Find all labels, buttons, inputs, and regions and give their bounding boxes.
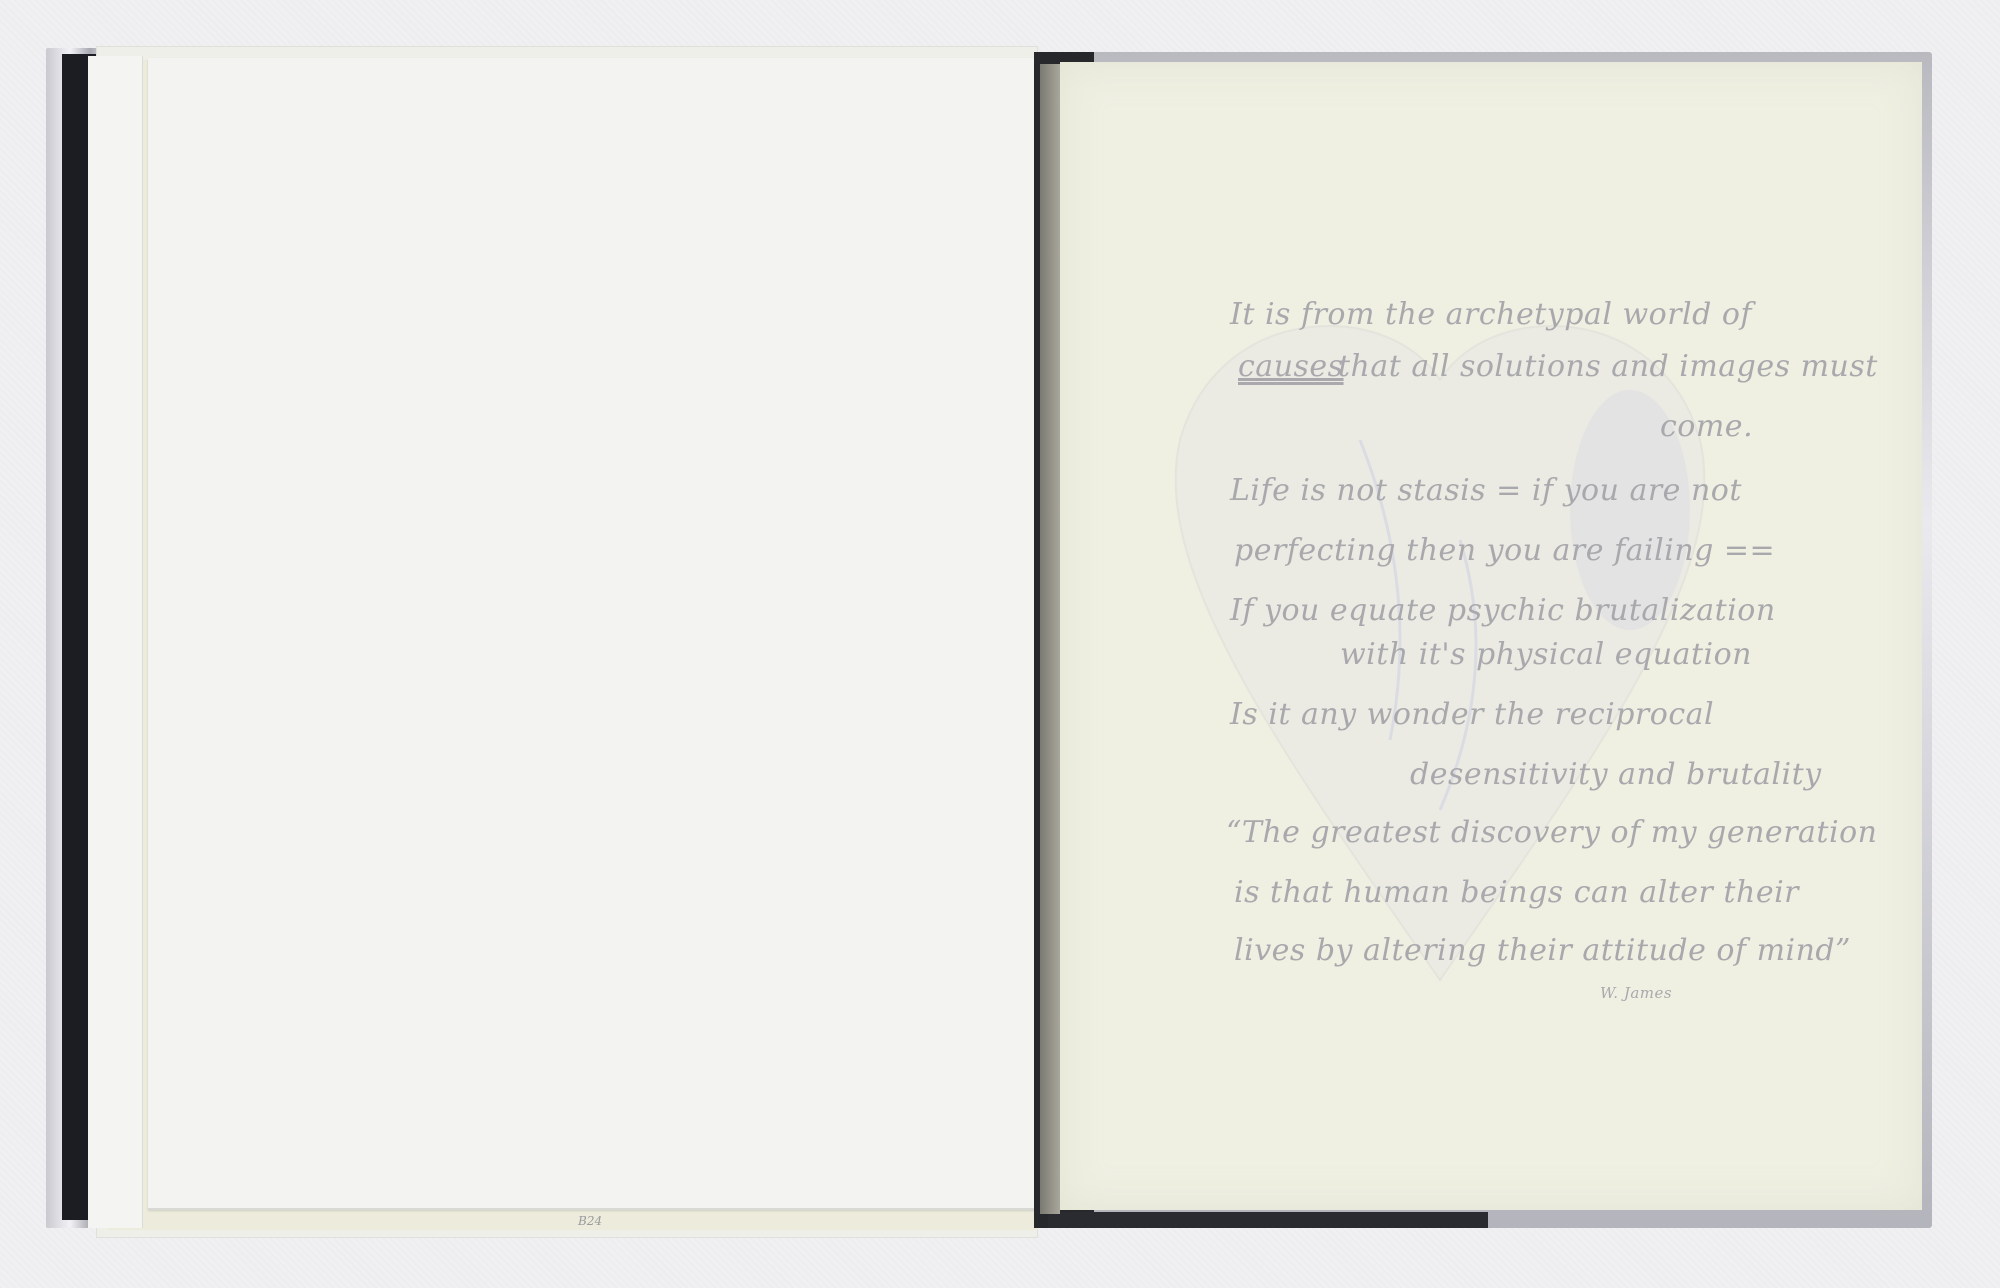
text-line-6: If you equate psychic brutalization [1230, 596, 1776, 626]
right-cover-cloth [1048, 1212, 1488, 1228]
text-line-12: lives by altering their attitude of mind… [1234, 936, 1851, 966]
left-flyleaf [88, 56, 143, 1228]
text-line-3: come. [1660, 412, 1753, 442]
text-line-4: Life is not stasis = if you are not [1230, 476, 1742, 506]
text-line-11: is that human beings can alter their [1234, 878, 1799, 908]
text-line-1: It is from the archetypal world of [1230, 300, 1752, 330]
text-line-10: “The greatest discovery of my generation [1226, 818, 1877, 848]
text-line-7: with it's physical equation [1340, 640, 1752, 670]
text-line-2: that all solutions and images must [1338, 352, 1878, 382]
pencil-mark: B24 [578, 1214, 602, 1228]
signature: W. James [1600, 986, 1672, 1001]
text-line-causes: causes [1238, 352, 1344, 382]
text-line-9: desensitivity and brutality [1410, 760, 1822, 790]
gutter-shadow [1040, 64, 1060, 1214]
left-blank-page[interactable] [148, 58, 1036, 1210]
text-line-8: Is it any wonder the reciprocal [1230, 700, 1714, 730]
text-line-5: perfecting then you are failing == [1234, 536, 1775, 566]
